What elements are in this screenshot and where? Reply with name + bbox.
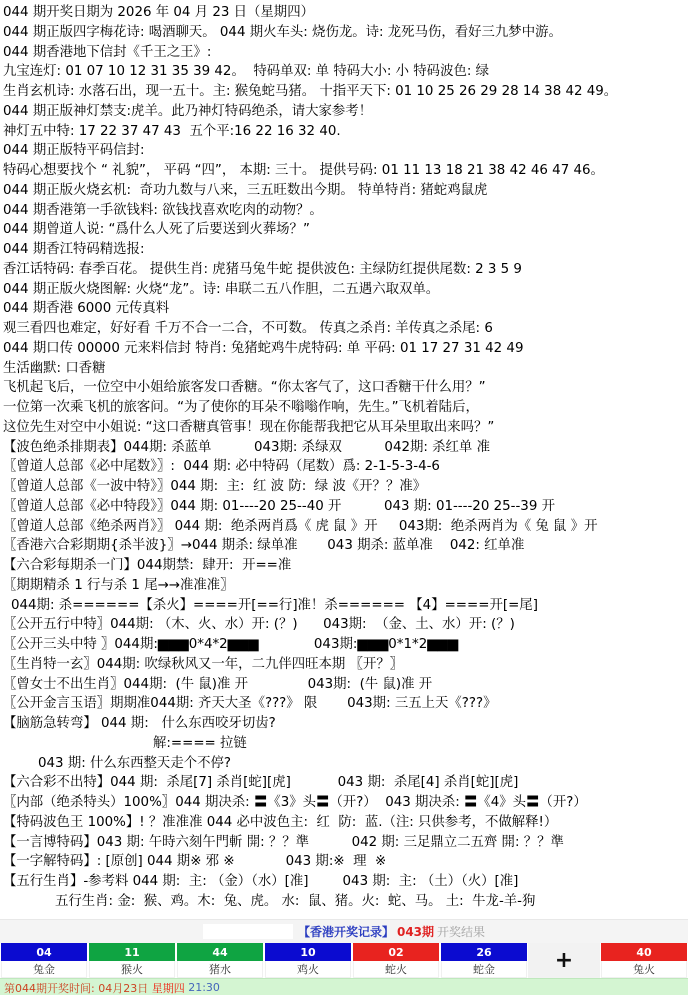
record-issue: 043期: [397, 923, 434, 940]
doc-line: 观三看四也难定，好好看 千万不合一二合，不可数。 传真之杀肖: 羊传真之杀尾: …: [3, 319, 688, 339]
doc-line: 这位先生对空中小姐说: “这口香糖真管事！现在你能帮我把它从耳朵里取出来吗？”: [3, 418, 688, 438]
hk-record-link[interactable]: 【香港开奖记录】: [298, 923, 394, 940]
result-cell: 40兔火: [600, 943, 688, 978]
doc-line: 044 期曾道人说: “爲什么人死了后要送到火葬场？”: [3, 220, 688, 240]
doc-line: 【脑筋急转弯】 044 期: 什么东西咬牙切齿?: [3, 714, 688, 734]
record-bar: 【香港开奖记录】 043期 开奖结果: [0, 919, 688, 943]
doc-line: 043 期: 什么东西整天走个不停?: [3, 754, 688, 774]
result-zodiac-label: 蛇火: [353, 961, 439, 978]
doc-line: 【波色绝杀排期表】044期: 杀蓝单 043期: 杀绿双 042期: 杀红单 准: [3, 438, 688, 458]
result-number: 26: [441, 943, 527, 961]
doc-line: 【特码波色王 100%】! ？准准准 044 必中波色主: 红 防: 蓝.（注:…: [3, 813, 688, 833]
record-bar-white-box: [203, 924, 293, 939]
doc-line: 〖曾道人总部《一波中特》〗044 期: 主: 红 波 防: 绿 波《开？？准》: [3, 477, 688, 497]
doc-line: 〖公开金言玉语〗期期准044期: 齐天大圣《???》 限 043期: 三五上天《…: [3, 694, 688, 714]
draw-time-segment: 04月23日: [98, 980, 152, 995]
result-cell: 02蛇火: [352, 943, 440, 978]
doc-line: 一位第一次乘飞机的旅客问。“为了使你的耳朵不嗡嗡作响，先生。”飞机着陆后，: [3, 398, 688, 418]
result-zodiac-label: 鸡火: [265, 961, 351, 978]
doc-line: 〖香港六合彩期期{杀半波}〗→044 期杀: 绿单准 043 期杀: 蓝单准 0…: [3, 536, 688, 556]
document-body: 044 期开奖日期为 2026 年 04 月 23 日（星期四）044 期正版四…: [0, 0, 688, 919]
doc-line: 〖生肖特一玄〗044期: 吹绿秋风又一年，二九伴四旺本期 〖开？〗: [3, 655, 688, 675]
doc-line: 五行生肖: 金: 猴、鸡。木: 兔、虎。 水: 鼠、猪。火: 蛇、马。 土: 牛…: [3, 892, 688, 912]
result-cell: 11猴火: [88, 943, 176, 978]
result-cell: 04兔金: [0, 943, 88, 978]
result-zodiac-label: 兔火: [601, 961, 687, 978]
doc-line: 九宝连灯: 01 07 10 12 31 35 39 42。 特码单双: 单 特…: [3, 62, 688, 82]
doc-line: 〖内部（绝杀特头）100%〗044 期决杀: 〓《3》头〓（开?） 043 期决…: [3, 793, 688, 813]
doc-line: 〖期期精杀 1 行与杀 1 尾→→准准准〗: [3, 576, 688, 596]
doc-line: 【一字解特码】: [原创] 044 期※ 邪 ※ 043 期:※ 理 ※: [3, 852, 688, 872]
results-table: 04兔金11猴火44猪水10鸡火02蛇火26蛇金+40兔火: [0, 943, 688, 978]
doc-line: 〖公开三头中特 〗044期:▆▆▆0*4*2▆▆▆ 043期:▆▆▆0*1*2▆…: [3, 635, 688, 655]
result-cell: 10鸡火: [264, 943, 352, 978]
doc-line: 044 期口传 00000 元来料信封 特肖: 兔猪蛇鸡牛虎特码: 单 平码: …: [3, 339, 688, 359]
doc-line: 〖曾道人总部《必中尾数》〗: 044 期: 必中特码（尾数）爲: 2-1-5-3…: [3, 457, 688, 477]
draw-time-bar: 第044期开奖时间: 04月23日 星期四 21:30: [0, 978, 688, 995]
doc-line: 044 期香江特码精选报:: [3, 240, 688, 260]
result-zodiac-label: 兔金: [1, 961, 87, 978]
doc-line: 044 期香港地下信封《千王之王》:: [3, 43, 688, 63]
result-cell: 44猪水: [176, 943, 264, 978]
result-zodiac-label: 蛇金: [441, 961, 527, 978]
doc-line: 044 期正版四字梅花诗: 喝酒聊天。 044 期火车头: 烧伤龙。诗: 龙死马…: [3, 23, 688, 43]
doc-line: 香江话特码: 春季百花。 提供生肖: 虎猪马兔牛蛇 提供波色: 主绿防红提供尾数…: [3, 260, 688, 280]
doc-line: 生肖玄机诗: 水落石出，现一五十。主: 猴兔蛇马猪。 十指平天下: 01 10 …: [3, 82, 688, 102]
doc-line: 〖曾女士不出生肖〗044期: (牛 鼠)准 开 043期: (牛 鼠)准 开: [3, 675, 688, 695]
result-number: 10: [265, 943, 351, 961]
result-number: 40: [601, 943, 687, 961]
result-zodiac-label: 猪水: [177, 961, 263, 978]
doc-line: 生活幽默: 口香糖: [3, 359, 688, 379]
doc-line: 044 期正版火烧图解: 火烧“龙”。诗: 串联二五八作胆，二五遇六取双单。: [3, 280, 688, 300]
doc-line: 044 期开奖日期为 2026 年 04 月 23 日（星期四）: [3, 3, 688, 23]
doc-line: 特码心想要找个 “ 礼貌”， 平码 “四”， 本期: 三十。 提供号码: 01 …: [3, 161, 688, 181]
result-number: 04: [1, 943, 87, 961]
doc-line: 解:==== 拉链: [3, 734, 688, 754]
doc-line: 〖曾道人总部《绝杀两肖》〗 044 期: 绝杀两肖爲《 虎 鼠 》开 043期:…: [3, 517, 688, 537]
result-number: 11: [89, 943, 175, 961]
doc-line: 【六合彩每期杀一门】044期禁: 肆开: 开==准: [3, 556, 688, 576]
draw-time-segment: 星期四: [152, 980, 189, 995]
result-cell: 26蛇金: [440, 943, 528, 978]
doc-line: 044期: 杀======【杀火】====开[==行]准！杀====== 【4】…: [3, 596, 688, 616]
doc-line: 044 期香港第一手欲钱料: 欲钱找喜欢吃肉的动物？。: [3, 201, 688, 221]
draw-time-segment: 第044期开奖时间:: [4, 980, 98, 995]
doc-line: 〖曾道人总部《必中特段》〗044 期: 01----20 25--40 开 04…: [3, 497, 688, 517]
doc-line: 【六合彩不出特】044 期: 杀尾[7] 杀肖[蛇][虎] 043 期: 杀尾[…: [3, 773, 688, 793]
doc-line: 【一言博特码】043 期: 午時六刻午門斬 開: ？？準 042 期: 三足鼎立…: [3, 833, 688, 853]
result-zodiac-label: 猴火: [89, 961, 175, 978]
doc-line: 044 期正版火烧玄机: 奇功九数与八来，三五旺数出今期。 特单特肖: 猪蛇鸡鼠…: [3, 181, 688, 201]
doc-line: 飞机起飞后，一位空中小姐给旅客发口香糖。“你太客气了，这口香糖干什么用？”: [3, 378, 688, 398]
doc-line: 【五行生肖】-参考料 044 期: 主: （金）（水）[准] 043 期: 主:…: [3, 872, 688, 892]
result-number: 44: [177, 943, 263, 961]
doc-line: 〖公开五行中特〗044期: （木、火、水）开: (？) 043期: （金、土、水…: [3, 615, 688, 635]
record-suffix: 开奖结果: [437, 923, 485, 940]
doc-line: 044 期香港 6000 元传真料: [3, 299, 688, 319]
doc-line: 044 期正版神灯禁支:虎羊。此乃神灯特码绝杀，请大家参考！: [3, 102, 688, 122]
doc-line: 044 期正版特平码信封:: [3, 141, 688, 161]
result-number: 02: [353, 943, 439, 961]
plus-sign: +: [528, 943, 600, 978]
draw-time-segment: 21:30: [188, 981, 220, 994]
doc-line: 神灯五中特: 17 22 37 47 43 五个平:16 22 16 32 40…: [3, 122, 688, 142]
